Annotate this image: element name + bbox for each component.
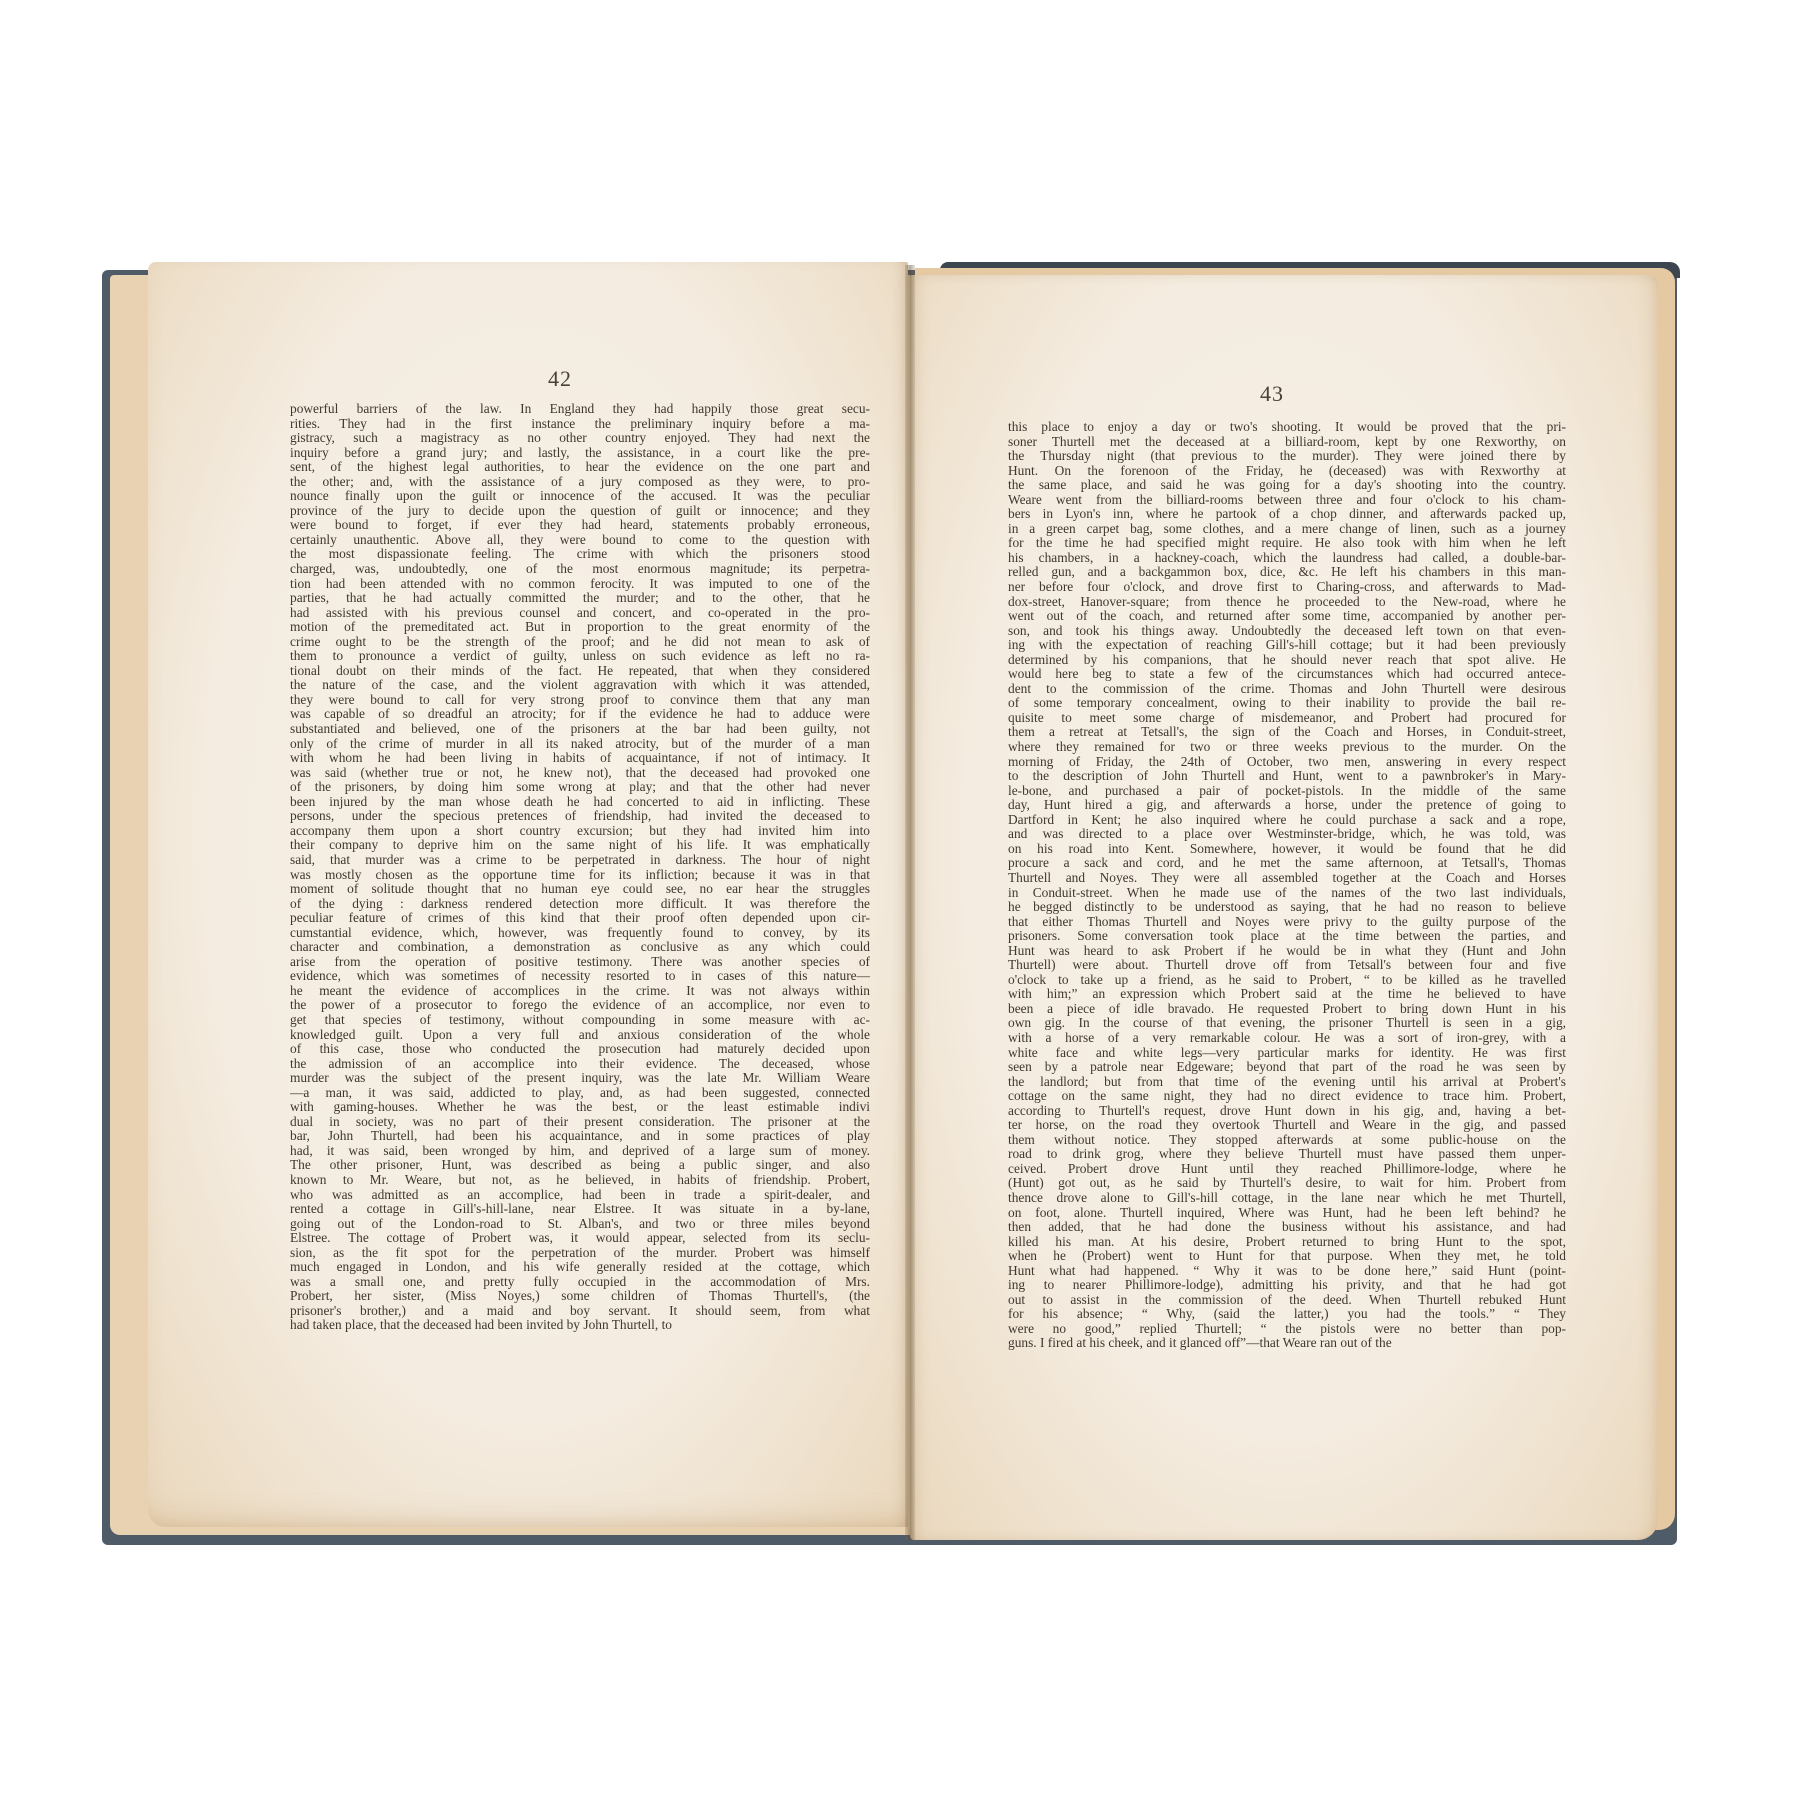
text-line: morning of Friday, the 24th of October, … <box>1008 755 1566 770</box>
book-gutter <box>905 265 915 1540</box>
text-line: knowledged guilt. Upon a very full and a… <box>290 1028 870 1043</box>
text-line: on foot, alone. Thurtell inquired, Where… <box>1008 1206 1566 1221</box>
text-line: had taken place, that the deceased had b… <box>290 1318 870 1333</box>
text-line: thence drove alone to Gill's-hill cottag… <box>1008 1191 1566 1206</box>
text-line: where they remained for two or three wee… <box>1008 740 1566 755</box>
text-line: dual in society, was no part of their pr… <box>290 1115 870 1130</box>
text-line: the admission of an accomplice into thei… <box>290 1057 870 1072</box>
text-line: parties, that he had actually committed … <box>290 591 870 606</box>
text-line: them without notice. They stopped afterw… <box>1008 1133 1566 1148</box>
text-line: who was admitted as an accomplice, had b… <box>290 1188 870 1203</box>
text-line: bar, John Thurtell, had been his acquain… <box>290 1129 870 1144</box>
text-line: their company to deprive him on the same… <box>290 838 870 853</box>
text-line: in a green carpet bag, some clothes, and… <box>1008 522 1566 537</box>
text-line: ter horse, on the road they overtook Thu… <box>1008 1118 1566 1133</box>
text-line: with him;” an expression which Probert s… <box>1008 987 1566 1002</box>
right-page-number: 43 <box>1260 381 1284 407</box>
text-line: for his absence; “ Why, (said the latter… <box>1008 1307 1566 1322</box>
text-line: relled gun, and a backgammon box, dice, … <box>1008 565 1566 580</box>
text-line: inquiry before a grand jury; and lastly,… <box>290 446 870 461</box>
text-line: province of the jury to decide upon the … <box>290 504 870 519</box>
text-line: said, that murder was a crime to be perp… <box>290 853 870 868</box>
text-line: with gaming-houses. Whether he was the b… <box>290 1100 870 1115</box>
text-line: was capable of so dreadful an atrocity; … <box>290 707 870 722</box>
text-line: moment of solitude thought that no human… <box>290 882 870 897</box>
text-line: cumstantial evidence, which, however, wa… <box>290 926 870 941</box>
text-line: was a small one, and pretty fully occupi… <box>290 1275 870 1290</box>
text-line: been injured by the man whose death he h… <box>290 795 870 810</box>
text-line: had assisted with his previous counsel a… <box>290 606 870 621</box>
text-line: that either Thomas Thurtell and Noyes we… <box>1008 915 1566 930</box>
text-line: to the description of John Thurtell and … <box>1008 769 1566 784</box>
text-line: the Thursday night (that previous to the… <box>1008 449 1566 464</box>
text-line: own gig. In the course of that evening, … <box>1008 1016 1566 1031</box>
text-line: tional doubt on their minds of the fact.… <box>290 664 870 679</box>
text-line: road to drink grog, where they believe T… <box>1008 1147 1566 1162</box>
text-line: on his road into Kent. Somewhere, howeve… <box>1008 842 1566 857</box>
right-page: 43 this place to enjoy a day or two's sh… <box>910 275 1658 1540</box>
text-line: Elstree. The cottage of Probert was, it … <box>290 1231 870 1246</box>
text-line: going out of the London-road to St. Alba… <box>290 1217 870 1232</box>
text-line: the landlord; but from that time of the … <box>1008 1075 1566 1090</box>
text-line: get that species of testimony, without c… <box>290 1013 870 1028</box>
text-line: sion, as the fit spot for the perpetrati… <box>290 1246 870 1261</box>
text-line: tion had been attended with no common fe… <box>290 577 870 592</box>
text-line: had, it was said, been wronged by him, a… <box>290 1144 870 1159</box>
text-line: known to Mr. Weare, but not, as he belie… <box>290 1173 870 1188</box>
text-line: for the time he had specified might requ… <box>1008 536 1566 551</box>
text-line: certainly unauthentic. Above all, they w… <box>290 533 870 548</box>
text-line: this place to enjoy a day or two's shoot… <box>1008 420 1566 435</box>
text-line: been a piece of idle bravado. He request… <box>1008 1002 1566 1017</box>
text-line: The other prisoner, Hunt, was described … <box>290 1158 870 1173</box>
text-line: would here beg to state a few of the cir… <box>1008 667 1566 682</box>
text-line: nounce finally upon the guilt or innocen… <box>290 489 870 504</box>
text-line: killed his man. At his desire, Probert r… <box>1008 1235 1566 1250</box>
text-line: out to assist in the commission of the d… <box>1008 1293 1566 1308</box>
text-line: evidence, which was sometimes of necessi… <box>290 969 870 984</box>
text-line: Probert, her sister, (Miss Noyes,) some … <box>290 1289 870 1304</box>
text-line: much engaged in London, and his wife gen… <box>290 1260 870 1275</box>
text-line: character and combination, a demonstrati… <box>290 940 870 955</box>
text-line: when he (Probert) went to Hunt for that … <box>1008 1249 1566 1264</box>
text-line: of the prisoners, by doing him some wron… <box>290 780 870 795</box>
text-line: soner Thurtell met the deceased at a bil… <box>1008 435 1566 450</box>
text-line: peculiar feature of crimes of this kind … <box>290 911 870 926</box>
text-line: only of the crime of murder in all its n… <box>290 737 870 752</box>
text-line: arise from the operation of positive tes… <box>290 955 870 970</box>
text-line: Thurtell) were about. Thurtell drove off… <box>1008 958 1566 973</box>
text-line: were bound to forget, if ever they had h… <box>290 518 870 533</box>
text-line: Weare went from the billiard-rooms betwe… <box>1008 493 1566 508</box>
text-line: he begged distinctly to be understood as… <box>1008 900 1566 915</box>
text-line: with a horse of a very remarkable colour… <box>1008 1031 1566 1046</box>
text-line: sent, of the highest legal authorities, … <box>290 460 870 475</box>
text-line: prisoners. Some conversation took place … <box>1008 929 1566 944</box>
text-line: o'clock to take up a friend, as he said … <box>1008 973 1566 988</box>
text-line: he meant the evidence of accomplices in … <box>290 984 870 999</box>
text-line: seen by a patrole near Edgeware; beyond … <box>1008 1060 1566 1075</box>
text-line: persons, under the specious pretences of… <box>290 809 870 824</box>
text-line: bers in Lyon's inn, where he partook of … <box>1008 507 1566 522</box>
text-line: ing to nearer Phillimore-lodge), admitti… <box>1008 1278 1566 1293</box>
text-line: white face and white legs—very particula… <box>1008 1046 1566 1061</box>
text-line: son, and took his things away. Undoubted… <box>1008 624 1566 639</box>
text-line: the power of a prosecutor to forego the … <box>290 998 870 1013</box>
text-line: they were bound to call for very strong … <box>290 693 870 708</box>
text-line: le-bone, and purchased a pair of pocket-… <box>1008 784 1566 799</box>
book-photo: 42 powerful barriers of the law. In Engl… <box>0 0 1800 1800</box>
text-line: rities. They had in the first instance t… <box>290 417 870 432</box>
text-line: ner before four o'clock, and drove first… <box>1008 580 1566 595</box>
text-line: them to pronounce a verdict of guilty, u… <box>290 649 870 664</box>
text-line: quisite to meet some charge of misdemean… <box>1008 711 1566 726</box>
text-line: the nature of the case, and the violent … <box>290 678 870 693</box>
text-line: the other; and, with the assistance of a… <box>290 475 870 490</box>
text-line: dent to the commission of the crime. Tho… <box>1008 682 1566 697</box>
text-line: according to Thurtell's request, drove H… <box>1008 1104 1566 1119</box>
text-line: his chambers, in a hackney-coach, which … <box>1008 551 1566 566</box>
text-line: accompany them upon a short country excu… <box>290 824 870 839</box>
text-line: charged, was, undoubtedly, one of the mo… <box>290 562 870 577</box>
text-line: determined by his companions, that he sh… <box>1008 653 1566 668</box>
text-line: with whom he had been living in habits o… <box>290 751 870 766</box>
text-line: Thurtell and Noyes. They were all assemb… <box>1008 871 1566 886</box>
text-line: the most dispassionate feeling. The crim… <box>290 547 870 562</box>
text-line: was said (whether true or not, he knew n… <box>290 766 870 781</box>
text-line: Hunt was heard to ask Probert if he woul… <box>1008 944 1566 959</box>
text-line: motion of the premeditated act. But in p… <box>290 620 870 635</box>
text-line: substantiated and believed, one of the p… <box>290 722 870 737</box>
text-line: gistracy, such a magistracy as no other … <box>290 431 870 446</box>
text-line: guns. I fired at his cheek, and it glanc… <box>1008 1336 1566 1351</box>
text-line: day, Hunt hired a gig, and afterwards a … <box>1008 798 1566 813</box>
text-line: of this case, those who conducted the pr… <box>290 1042 870 1057</box>
text-line: the same place, and said he was going fo… <box>1008 478 1566 493</box>
left-page-number: 42 <box>548 366 572 392</box>
text-line: of some temporary concealment, owing to … <box>1008 696 1566 711</box>
text-line: Hunt. On the forenoon of the Friday, he … <box>1008 464 1566 479</box>
text-line: then added, that he had done the busines… <box>1008 1220 1566 1235</box>
text-line: prisoner's brother,) and a maid and boy … <box>290 1304 870 1319</box>
text-line: and was directed to a place over Westmin… <box>1008 827 1566 842</box>
text-line: powerful barriers of the law. In England… <box>290 402 870 417</box>
text-line: of the dying : darkness rendered detecti… <box>290 897 870 912</box>
text-line: ing with the expectation of reaching Gil… <box>1008 638 1566 653</box>
text-line: ceived. Probert drove Hunt until they re… <box>1008 1162 1566 1177</box>
text-line: cottage on the same night, they had no d… <box>1008 1089 1566 1104</box>
text-line: Hunt what had happened. “ Why it was to … <box>1008 1264 1566 1279</box>
text-line: went out of the coach, and returned afte… <box>1008 609 1566 624</box>
left-page: 42 powerful barriers of the law. In Engl… <box>148 262 908 1527</box>
text-line: procure a sack and cord, and he met the … <box>1008 856 1566 871</box>
text-line: was mostly chosen as the opportune time … <box>290 868 870 883</box>
text-line: were no good,” replied Thurtell; “ the p… <box>1008 1322 1566 1337</box>
text-line: Dartford in Kent; he also inquired where… <box>1008 813 1566 828</box>
text-line: dox-street, Hanover-square; from thence … <box>1008 595 1566 610</box>
left-page-body-text: powerful barriers of the law. In England… <box>290 402 870 1333</box>
text-line: them a retreat at Tetsall's, the sign of… <box>1008 725 1566 740</box>
text-line: in Conduit-street. When he made use of t… <box>1008 886 1566 901</box>
text-line: murder was the subject of the present in… <box>290 1071 870 1086</box>
text-line: —a man, it was said, addicted to play, a… <box>290 1086 870 1101</box>
text-line: crime ought to be the strength of the pr… <box>290 635 870 650</box>
right-page-body-text: this place to enjoy a day or two's shoot… <box>1008 420 1566 1351</box>
text-line: rented a cottage in Gill's-hill-lane, ne… <box>290 1202 870 1217</box>
text-line: (Hunt) got out, as he said by Thurtell's… <box>1008 1176 1566 1191</box>
